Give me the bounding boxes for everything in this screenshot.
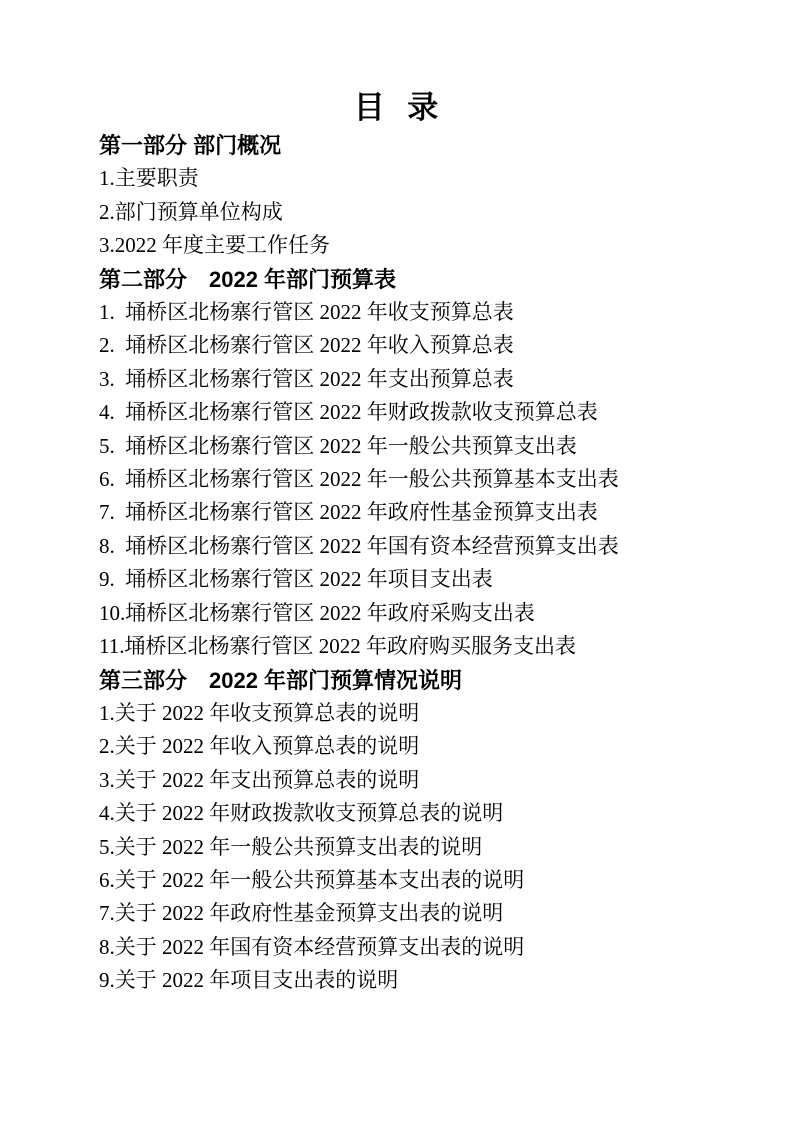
table-of-contents: 第一部分 部门概况1.主要职责2.部门预算单位构成3.2022 年度主要工作任务… <box>99 129 753 998</box>
toc-entry: 2. 埇桥区北杨寨行管区 2022 年收入预算总表 <box>99 329 753 362</box>
toc-entry: 7. 埇桥区北杨寨行管区 2022 年政府性基金预算支出表 <box>99 496 753 529</box>
toc-entry: 1.关于 2022 年收支预算总表的说明 <box>99 697 753 730</box>
toc-entry: 7.关于 2022 年政府性基金预算支出表的说明 <box>99 897 753 930</box>
toc-entry: 5. 埇桥区北杨寨行管区 2022 年一般公共预算支出表 <box>99 430 753 463</box>
toc-entry: 10.埇桥区北杨寨行管区 2022 年政府采购支出表 <box>99 597 753 630</box>
toc-entry: 8. 埇桥区北杨寨行管区 2022 年国有资本经营预算支出表 <box>99 530 753 563</box>
toc-entry: 3.2022 年度主要工作任务 <box>99 229 753 262</box>
toc-entry: 5.关于 2022 年一般公共预算支出表的说明 <box>99 831 753 864</box>
toc-entry: 11.埇桥区北杨寨行管区 2022 年政府购买服务支出表 <box>99 630 753 663</box>
toc-entry: 9.关于 2022 年项目支出表的说明 <box>99 964 753 997</box>
toc-entry: 6. 埇桥区北杨寨行管区 2022 年一般公共预算基本支出表 <box>99 463 753 496</box>
toc-entry: 2.部门预算单位构成 <box>99 196 753 229</box>
toc-section-heading-2: 第二部分 2022 年部门预算表 <box>99 263 753 296</box>
toc-section-heading-3: 第三部分 2022 年部门预算情况说明 <box>99 664 753 697</box>
toc-entry: 4.关于 2022 年财政拨款收支预算总表的说明 <box>99 797 753 830</box>
toc-entry: 8.关于 2022 年国有资本经营预算支出表的说明 <box>99 931 753 964</box>
toc-section-heading-1: 第一部分 部门概况 <box>99 129 753 162</box>
toc-entry: 6.关于 2022 年一般公共预算基本支出表的说明 <box>99 864 753 897</box>
toc-entry: 1.主要职责 <box>99 162 753 195</box>
document-page: 目 录 第一部分 部门概况1.主要职责2.部门预算单位构成3.2022 年度主要… <box>0 0 793 1122</box>
toc-entry: 2.关于 2022 年收入预算总表的说明 <box>99 730 753 763</box>
page-title: 目 录 <box>0 0 793 129</box>
toc-entry: 9. 埇桥区北杨寨行管区 2022 年项目支出表 <box>99 563 753 596</box>
toc-entry: 1. 埇桥区北杨寨行管区 2022 年收支预算总表 <box>99 296 753 329</box>
toc-entry: 3. 埇桥区北杨寨行管区 2022 年支出预算总表 <box>99 363 753 396</box>
toc-entry: 4. 埇桥区北杨寨行管区 2022 年财政拨款收支预算总表 <box>99 396 753 429</box>
toc-entry: 3.关于 2022 年支出预算总表的说明 <box>99 764 753 797</box>
